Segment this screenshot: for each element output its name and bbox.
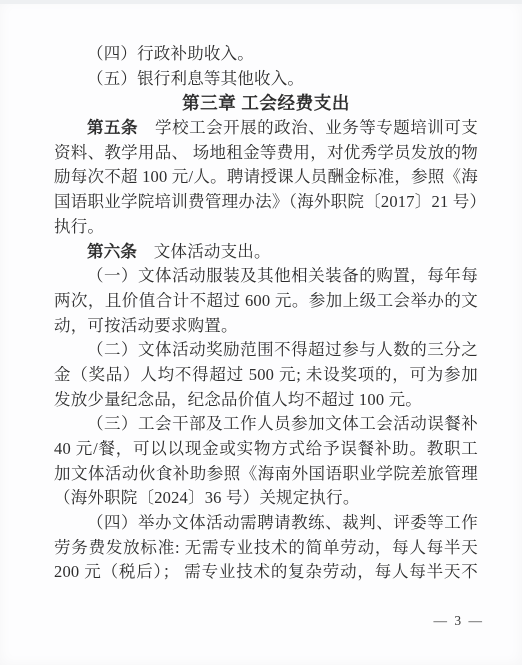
text-line: 执行。 xyxy=(54,215,478,240)
text-line: 金（奖品）人均不得超过 500 元; 未设奖项的，可为参加人员 xyxy=(54,363,478,388)
text-line: 第五条 学校工会开展的政治、业务等专题培训可支出教材 xyxy=(54,116,478,141)
document-body: （四）行政补助收入。（五）银行利息等其他收入。第三章 工会经费支出第五条 学校工… xyxy=(54,42,478,585)
line-text: 资料、教学用品、 场地租金等费用，对优秀学员发放的物质奖 xyxy=(54,143,478,166)
line-text: （四）行政补助收入。 xyxy=(87,44,254,63)
text-line: 第三章 工会经费支出 xyxy=(54,91,478,116)
text-line: （五）银行利息等其他收入。 xyxy=(54,67,478,92)
line-text: （五）银行利息等其他收入。 xyxy=(87,69,304,88)
scan-edge-band xyxy=(0,0,522,4)
line-text: （二）文体活动奖励范围不得超过参与人数的三分之二，奖 xyxy=(54,340,478,363)
line-text: 200 元（税后）； 需专业技术的复杂劳动，每人每半天不超过 xyxy=(54,562,478,585)
text-line: （一）文体活动服装及其他相关装备的购置，每年每人限购 xyxy=(54,264,478,289)
text-line: 40 元/餐，可以以现金或实物方式给予误餐补助。教职工外出参 xyxy=(54,437,478,462)
line-text: 文体活动支出。 xyxy=(137,242,271,261)
text-line: 发放少量纪念品，纪念品价值人均不超过 100 元。 xyxy=(54,388,478,413)
text-line: （四）举办文体活动需聘请教练、裁判、评委等工作人员， xyxy=(54,511,478,536)
text-line: 资料、教学用品、 场地租金等费用，对优秀学员发放的物质奖 xyxy=(54,141,478,166)
line-text: 执行。 xyxy=(54,217,104,236)
text-line: 第六条 文体活动支出。 xyxy=(54,240,478,265)
text-line: 动，可按活动要求购置。 xyxy=(54,314,478,339)
line-text: 40 元/餐，可以以现金或实物方式给予误餐补助。教职工外出参 xyxy=(54,439,478,462)
line-text: （四）举办文体活动需聘请教练、裁判、评委等工作人员， xyxy=(54,513,478,536)
line-text: 金（奖品）人均不得超过 500 元; 未设奖项的，可为参加人员 xyxy=(54,365,478,388)
line-text: （海外职院〔2024〕36 号）关规定执行。 xyxy=(54,488,360,507)
text-line: （海外职院〔2024〕36 号）关规定执行。 xyxy=(54,486,478,511)
text-line: 200 元（税后）； 需专业技术的复杂劳动，每人每半天不超过 xyxy=(54,560,478,585)
line-bold-lead: 第六条 xyxy=(87,242,137,261)
text-line: 加文体活动伙食补助参照《海南外国语职业学院差旅管理办法》 xyxy=(54,462,478,487)
line-text: 劳务费发放标准: 无需专业技术的简单劳动，每人每半天不超过 xyxy=(54,538,478,561)
text-line: （二）文体活动奖励范围不得超过参与人数的三分之二，奖 xyxy=(54,338,478,363)
document-page: （四）行政补助收入。（五）银行利息等其他收入。第三章 工会经费支出第五条 学校工… xyxy=(0,0,522,665)
text-line: （三）工会干部及工作人员参加文体工会活动误餐补助每人 xyxy=(54,412,478,437)
line-bold-lead: 第三章 工会经费支出 xyxy=(182,93,350,113)
line-text: 发放少量纪念品，纪念品价值人均不超过 100 元。 xyxy=(54,390,422,409)
page-number: — 3 — xyxy=(434,613,485,629)
line-text: （三）工会干部及工作人员参加文体工会活动误餐补助每人 xyxy=(54,414,478,437)
line-text: 加文体活动伙食补助参照《海南外国语职业学院差旅管理办法》 xyxy=(54,464,478,487)
text-line: （四）行政补助收入。 xyxy=(54,42,478,67)
line-text: （一）文体活动服装及其他相关装备的购置，每年每人限购 xyxy=(54,266,478,289)
text-line: 两次，且价值合计不超过 600 元。参加上级工会举办的文体活 xyxy=(54,289,478,314)
line-text: 励每次不超 100 元/人。聘请授课人员酬金标准，参照《海南外 xyxy=(54,167,478,190)
line-text: 动，可按活动要求购置。 xyxy=(54,316,238,335)
line-text: 两次，且价值合计不超过 600 元。参加上级工会举办的文体活 xyxy=(54,291,478,314)
text-line: 国语职业学院培训费管理办法》（海外职院〔2017〕21 号）规定 xyxy=(54,190,478,215)
line-text: 国语职业学院培训费管理办法》（海外职院〔2017〕21 号）规定 xyxy=(54,192,478,215)
text-line: 励每次不超 100 元/人。聘请授课人员酬金标准，参照《海南外 xyxy=(54,165,478,190)
line-bold-lead: 第五条 xyxy=(87,118,138,137)
text-line: 劳务费发放标准: 无需专业技术的简单劳动，每人每半天不超过 xyxy=(54,536,478,561)
